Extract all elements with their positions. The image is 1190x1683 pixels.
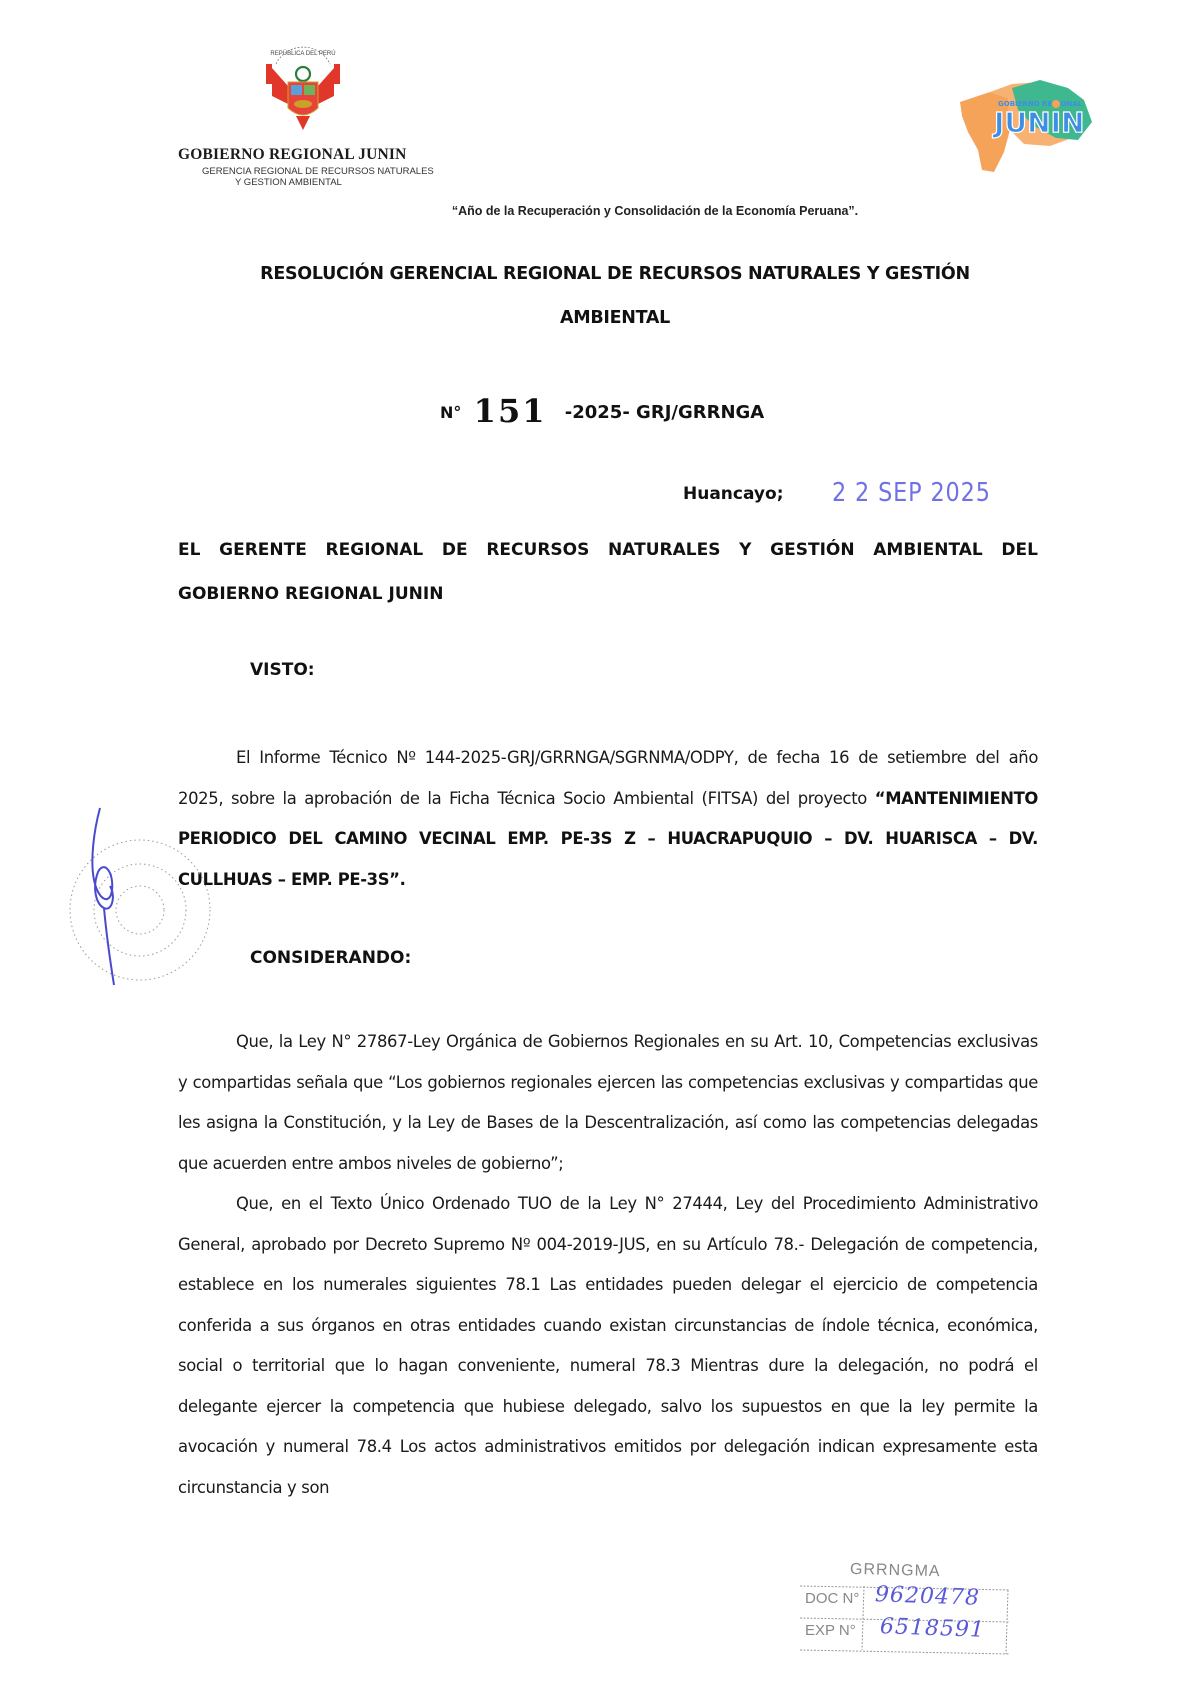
registry-stamp-title: GRRNGMA xyxy=(850,1561,941,1581)
doc-number-value: 9620478 xyxy=(875,1582,981,1611)
authority-line1: EL GERENTE REGIONAL DE RECURSOS NATURALE… xyxy=(178,528,1038,572)
org-subtitle-line2: Y GESTION AMBIENTAL xyxy=(235,177,342,188)
considerando-heading: CONSIDERANDO: xyxy=(250,948,411,968)
considerando-paragraph: Que, en el Texto Único Ordenado TUO de l… xyxy=(178,1184,1038,1508)
peru-coat-of-arms-icon: REPÚBLICA DEL PERÚ xyxy=(258,46,348,132)
handwritten-signature-icon xyxy=(60,800,220,990)
exp-number-value: 6518591 xyxy=(880,1614,986,1643)
resolution-suffix: -2025- GRJ/GRRNGA xyxy=(565,402,764,423)
org-name: GOBIERNO REGIONAL JUNIN xyxy=(178,146,407,164)
visto-heading: VISTO: xyxy=(250,660,315,680)
doc-number-label: DOC N° xyxy=(805,1590,859,1607)
document-title-line2: AMBIENTAL xyxy=(0,308,1190,328)
exp-number-label: EXP N° xyxy=(805,1622,856,1639)
org-subtitle-line1: GERENCIA REGIONAL DE RECURSOS NATURALES xyxy=(202,166,434,177)
visto-paragraph: El Informe Técnico Nº 144-2025-GRJ/GRRNG… xyxy=(178,738,1038,900)
issuing-authority: EL GERENTE REGIONAL DE RECURSOS NATURALE… xyxy=(178,528,1038,616)
year-motto: “Año de la Recuperación y Consolidación … xyxy=(0,204,1190,218)
resolution-prefix: N° xyxy=(440,403,461,422)
date-stamp: 2 2 SEP 2025 xyxy=(832,478,991,508)
document-title-line1: RESOLUCIÓN GERENCIAL REGIONAL DE RECURSO… xyxy=(0,264,1190,284)
resolution-number: N° 151 -2025- GRJ/GRRNGA xyxy=(440,392,764,430)
resolution-handwritten-number: 151 xyxy=(474,392,547,430)
coat-caption: REPÚBLICA DEL PERÚ xyxy=(270,50,335,57)
considerando-paragraph: Que, la Ley N° 27867-Ley Orgánica de Gob… xyxy=(178,1022,1038,1184)
official-seal-icon xyxy=(70,840,210,980)
logo-big-text: JUNIN xyxy=(992,106,1084,139)
authority-line2: GOBIERNO REGIONAL JUNIN xyxy=(178,584,443,604)
place-label: Huancayo; xyxy=(683,484,784,504)
junin-map-logo-icon: GOBIERNO REGIONAL JUNIN xyxy=(960,80,1120,174)
